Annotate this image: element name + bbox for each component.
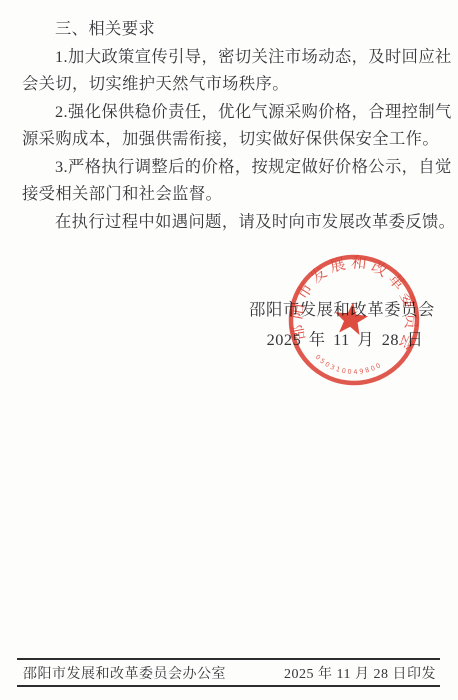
section-heading: 三、相关要求 [22, 15, 440, 43]
body-line: 在执行过程中如遇问题，请及时向市发展改革委反馈。 [22, 208, 440, 236]
footer-issuer: 邵阳市发展和改革委员会办公室 [23, 663, 226, 683]
document-page: 三、相关要求 1.加大政策宣传引导，密切关注市场动态，及时回应社 会关切，切实维… [0, 0, 458, 700]
body-line: 1.加大政策宣传引导，密切关注市场动态，及时回应社 [22, 43, 440, 71]
body-line: 3.严格执行调整后的价格，按规定做好价格公示，自觉 [22, 153, 440, 181]
footer: 邵阳市发展和改革委员会办公室 2025 年 11 月 28 日印发 [23, 663, 436, 683]
footer-rule-bottom [17, 685, 440, 687]
footer-print-date: 2025 年 11 月 28 日印发 [284, 663, 436, 683]
seal-star-icon [333, 300, 370, 336]
official-seal-stamp: 邵阳市发展和改革委员会 050310049800 [284, 250, 424, 390]
body-line: 2.强化保供稳价责任，优化气源采购价格，合理控制气 [22, 98, 440, 126]
body-line: 接受相关部门和社会监督。 [22, 180, 440, 208]
document-body: 三、相关要求 1.加大政策宣传引导，密切关注市场动态，及时回应社 会关切，切实维… [22, 15, 440, 235]
body-line: 会关切，切实维护天然气市场秩序。 [22, 70, 440, 98]
seal-arc-text: 邵阳市发展和改革委员会 [284, 250, 424, 357]
footer-rule-top [17, 658, 440, 660]
body-line: 源采购成本，加强供需衔接，切实做好保供保安全工作。 [22, 125, 440, 153]
